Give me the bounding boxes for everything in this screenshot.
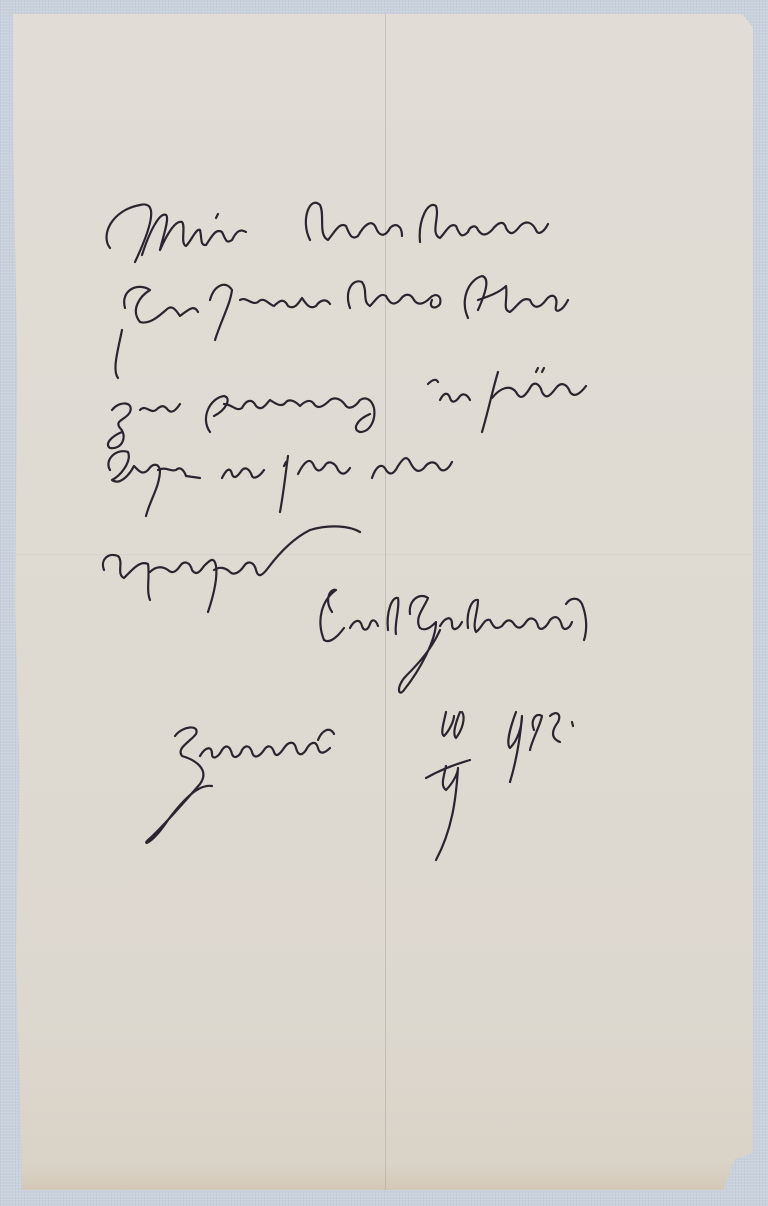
place-date-gmunden-1912 <box>146 712 573 860</box>
handwriting-ink <box>0 0 768 1206</box>
handwritten-line-5 <box>103 526 360 612</box>
handwritten-line-3 <box>108 368 586 448</box>
handwritten-line-4 <box>108 451 452 516</box>
signature-carl-goldmark <box>320 590 586 693</box>
handwritten-line-2 <box>115 276 568 378</box>
handwritten-line-1 <box>107 203 548 262</box>
